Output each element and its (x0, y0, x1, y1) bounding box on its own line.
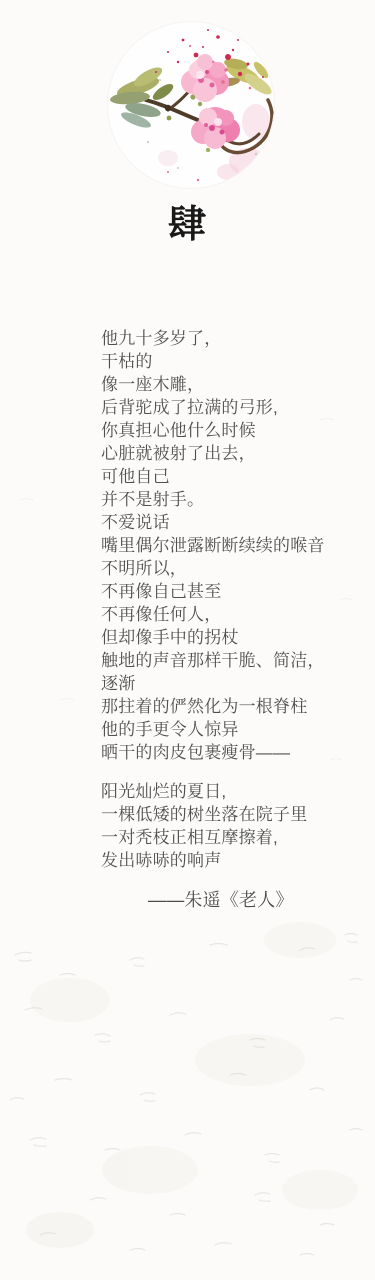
poem-line: 逐渐 (101, 672, 361, 695)
poem-line: 阳光灿烂的夏日, (101, 780, 361, 803)
flower-illustration (108, 22, 274, 188)
poem-line: 像一座木雕， (101, 373, 361, 396)
poem-line: 但却像手中的拐杖 (101, 626, 361, 649)
poem-line: 可他自己 (101, 465, 361, 488)
poem-line: 不再像自己甚至 (101, 580, 361, 603)
poem-page: 肆 他九十多岁了，干枯的像一座木雕，后背驼成了拉满的弓形,你真担心他什么时候心脏… (0, 0, 375, 1280)
poem-line: 干枯的 (101, 350, 361, 373)
poem-line: 后背驼成了拉满的弓形, (101, 396, 361, 419)
poem-line: 触地的声音那样干脆、简洁， (101, 649, 361, 672)
stanza-container: 他九十多岁了，干枯的像一座木雕，后背驼成了拉满的弓形,你真担心他什么时候心脏就被… (101, 327, 361, 872)
poem-line: 一棵低矮的树坐落在院子里 (101, 803, 361, 826)
poem-line: 他九十多岁了， (101, 327, 361, 350)
poem-line: 不爱说话 (101, 511, 361, 534)
poem-line: 他的手更令人惊异 (101, 718, 361, 741)
poem-stanza: 他九十多岁了，干枯的像一座木雕，后背驼成了拉满的弓形,你真担心他什么时候心脏就被… (101, 327, 361, 764)
poem-stanza: 阳光灿烂的夏日,一棵低矮的树坐落在院子里一对秃枝正相互摩擦着,发出哧哧的响声 (101, 780, 361, 872)
poem-line: 那拄着的俨然化为一根脊柱 (101, 695, 361, 718)
poem-line: 一对秃枝正相互摩擦着, (101, 826, 361, 849)
poem-line: 不明所以， (101, 557, 361, 580)
poem-line: 并不是射手。 (101, 488, 361, 511)
poem-body: 他九十多岁了，干枯的像一座木雕，后背驼成了拉满的弓形,你真担心他什么时候心脏就被… (101, 327, 361, 913)
section-number-title: 肆 (0, 202, 375, 248)
poem-line: 心脏就被射了出去， (101, 442, 361, 465)
blossom-branch-icon (108, 22, 274, 188)
poem-line: 晒干的肉皮包裹瘦骨—— (101, 741, 361, 764)
poem-line: 你真担心他什么时候 (101, 419, 361, 442)
poem-line: 嘴里偶尔泄露断断续续的喉音 (101, 534, 361, 557)
poem-line: 不再像任何人， (101, 603, 361, 626)
poem-attribution: ——朱遥《老人》 (148, 888, 361, 913)
poem-line: 发出哧哧的响声 (101, 849, 361, 872)
